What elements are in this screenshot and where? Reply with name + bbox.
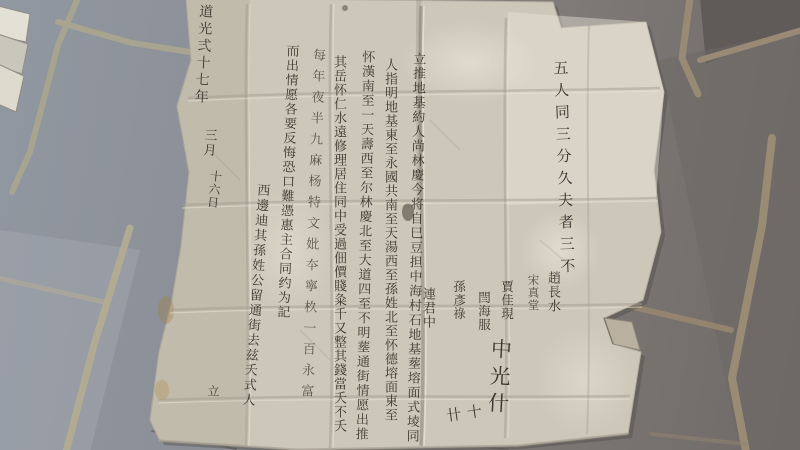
deed-body-column-2: 人指明地基東至永國共南至天湯西至孫姓北至怀德塎面東至 — [383, 58, 396, 422]
signatory-name: 宋真堂 — [527, 274, 539, 312]
signatory-name: 連君中 — [421, 287, 434, 329]
signatory-name: 孫彥祿 — [452, 280, 465, 321]
signatory-name: 賈佳現 — [500, 280, 513, 321]
stain-mark — [155, 380, 169, 400]
paper-scrap-top-left — [0, 6, 30, 112]
cursive-monogram: 中光什 — [486, 338, 511, 420]
deed-date-month: 三月 — [201, 128, 216, 159]
signatory-name: 閆海服 — [477, 291, 490, 332]
deed-body-column-4: 其岳怀仁水遠修理居住同中受過佃價賤粂千又整其錢當夭不夭 — [332, 55, 345, 433]
filing-mark: 立 — [207, 385, 219, 397]
photo-scene: 立推地基約人尚林慶今将自巳豆担中海村石地基塟塎面式堎同 人指明地基東至永國共南至… — [0, 0, 800, 450]
signatory-name: 趙長水 — [546, 271, 559, 313]
floor-and-paper-art — [0, 0, 800, 450]
